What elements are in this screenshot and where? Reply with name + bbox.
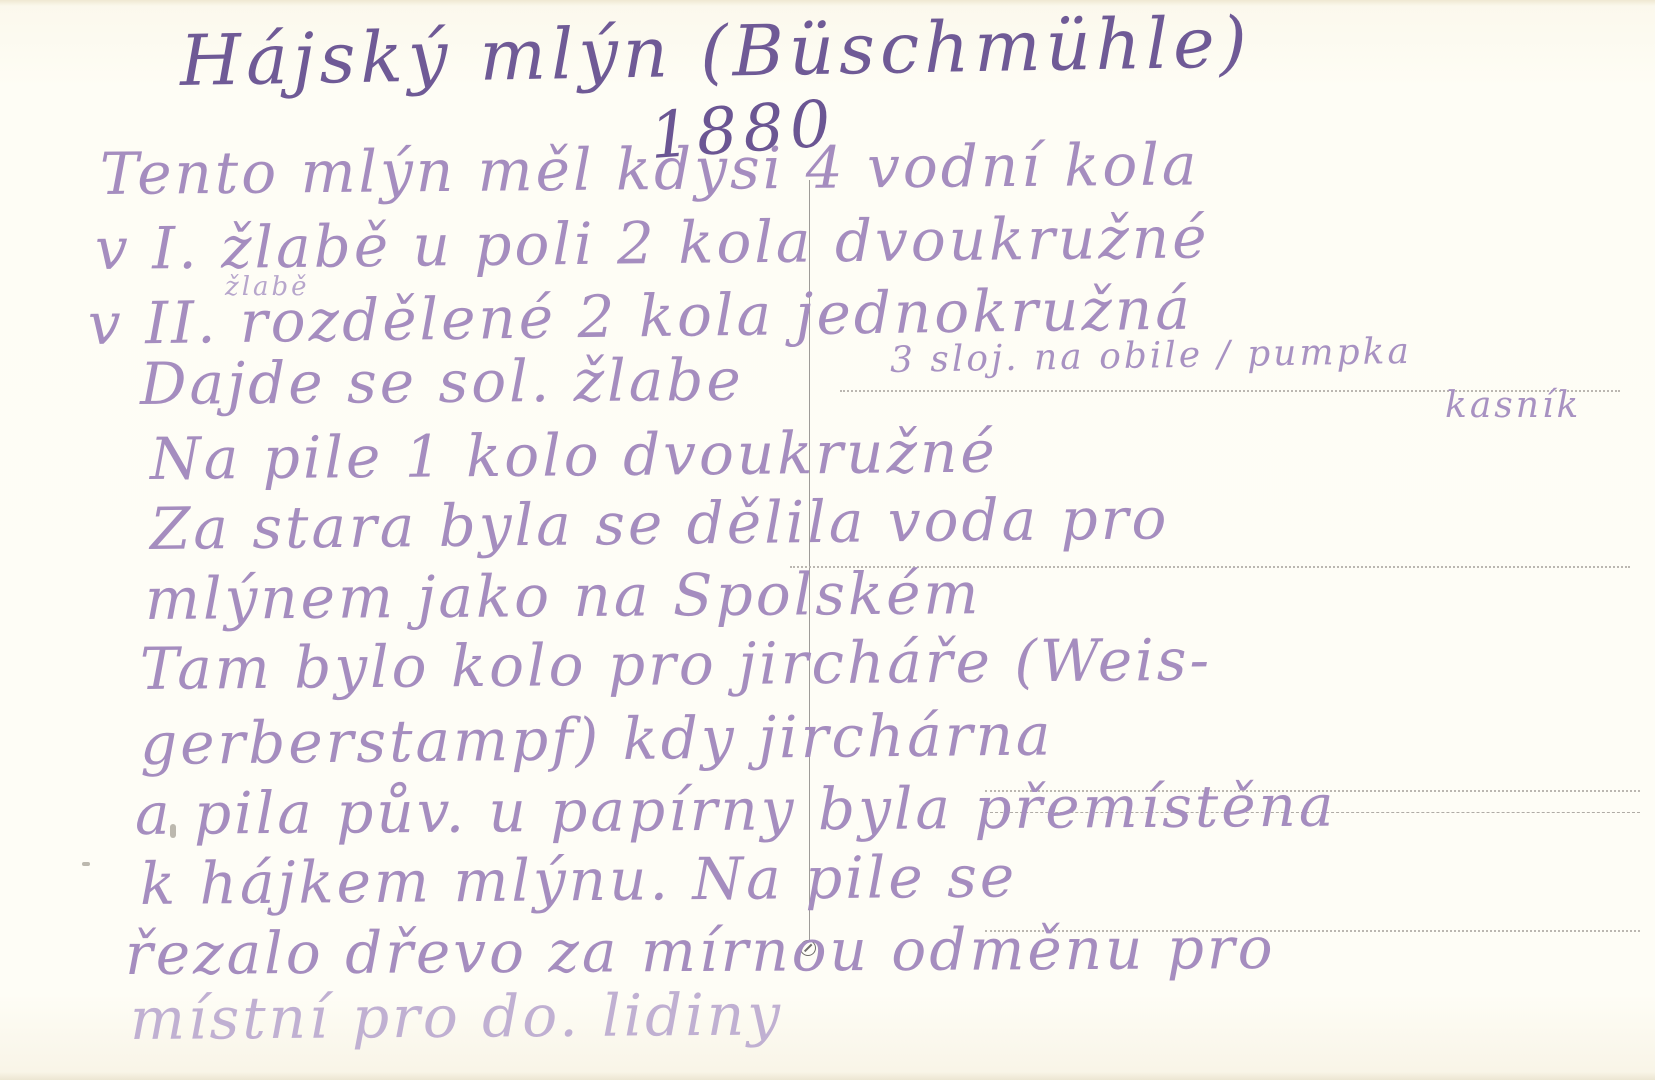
handwritten-line-10: a pila pův. u papírny byla přemístěna bbox=[135, 772, 1337, 848]
paper-edge-bottom bbox=[0, 1072, 1655, 1080]
paper-speck-2 bbox=[82, 862, 90, 866]
handwritten-line-4: Dajde se sol. žlabe bbox=[140, 346, 744, 418]
handwritten-line-12: řezalo dřevo za mírnou odměnu pro bbox=[125, 914, 1276, 988]
handwritten-line-5: Na pile 1 kolo dvoukružné bbox=[150, 418, 998, 493]
paper-speck bbox=[170, 824, 176, 838]
handwritten-line-11: k hájkem mlýnu. Na pile se bbox=[140, 842, 1018, 918]
handwritten-line-9: gerberstampf) kdy jirchárna bbox=[140, 700, 1054, 778]
handwritten-line-7: mlýnem jako na Spolském bbox=[145, 559, 982, 633]
handwritten-right-note: 3 sloj. na obile / pumpka bbox=[890, 331, 1413, 381]
handwritten-title: Hájský mlýn (Büschmühle) bbox=[179, 1, 1252, 102]
handwritten-line-1: Tento mlýn měl kdysi 4 vodní kola bbox=[100, 130, 1200, 208]
paper-edge-top bbox=[0, 0, 1655, 6]
handwritten-line-8: Tam bylo kolo pro jircháře (Weis- bbox=[140, 626, 1213, 703]
handwritten-line-13: místní pro do. lidiny bbox=[130, 980, 783, 1053]
postcard-back: Hájský mlýn (Büschmühle) 1880 Tento mlýn… bbox=[0, 0, 1655, 1080]
handwritten-line-6: Za stara byla se dělila voda pro bbox=[150, 484, 1170, 563]
handwritten-right-note-2: kasník bbox=[1445, 385, 1581, 426]
